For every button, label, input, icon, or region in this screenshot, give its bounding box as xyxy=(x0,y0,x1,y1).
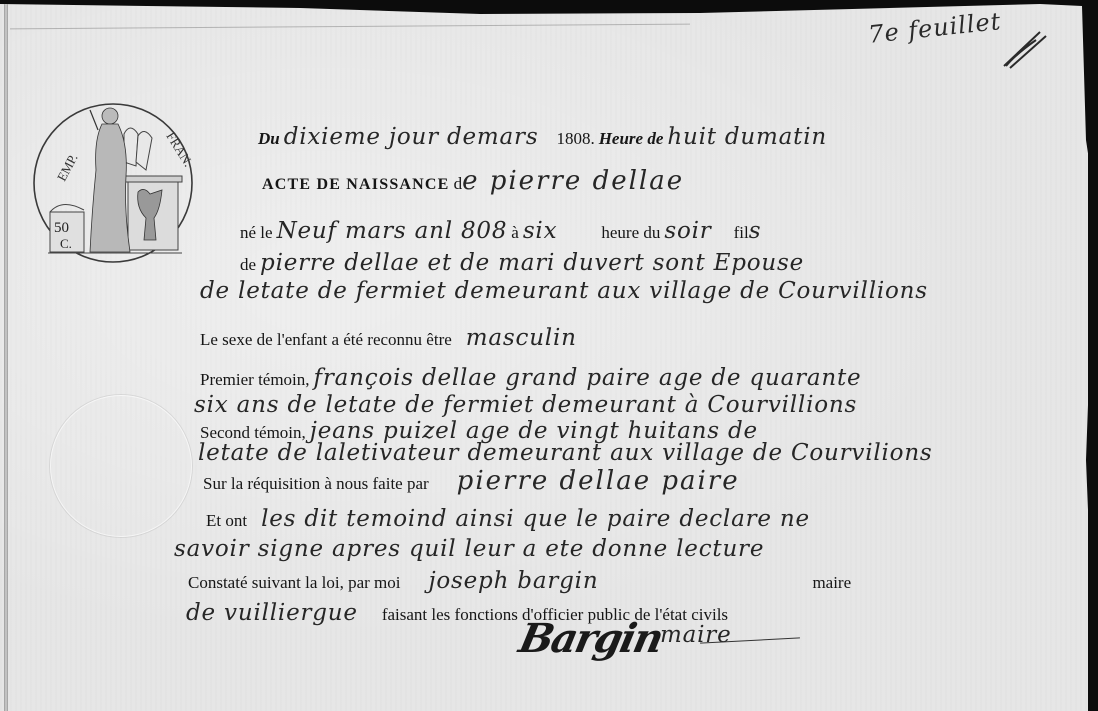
lecture-handwritten: savoir signe apres quil leur a ete donne… xyxy=(174,536,764,562)
parents-handwritten: pierre dellae et de mari duvert sont Epo… xyxy=(260,250,804,276)
hour-handwritten: huit dumatin xyxy=(667,124,827,150)
et-ont-handwritten: les dit temoind ainsi que le paire decla… xyxy=(261,506,810,532)
parents-line-1: de pierre dellae et de mari duvert sont … xyxy=(240,250,804,276)
date-line: Du dixieme jour demars 1808. Heure de hu… xyxy=(258,124,827,150)
date-handwritten: dixieme jour demars xyxy=(284,124,539,150)
sexe-handwritten: masculin xyxy=(466,325,577,351)
paper-crease xyxy=(10,24,690,30)
heure-label: Heure de xyxy=(599,129,664,148)
maire-label: maire xyxy=(812,573,851,592)
flourish-icon xyxy=(996,30,1048,70)
premier-temoin-line-1: Premier témoin, françois dellae grand pa… xyxy=(200,365,861,391)
de-label: de xyxy=(240,255,256,274)
folio-note: 7e feuillet xyxy=(867,7,1003,49)
premier-temoin-label: Premier témoin, xyxy=(200,370,310,389)
a-label: à xyxy=(511,223,519,242)
premier-temoin-line-2: six ans de letate de fermiet demeurant à… xyxy=(194,392,857,418)
acte-label: ACTE DE NAISSANCE xyxy=(262,176,450,193)
mayor-signature: Bargin xyxy=(515,615,666,662)
child-name-handwritten: e pierre dellae xyxy=(462,166,684,196)
officer-name-handwritten: joseph bargin xyxy=(428,568,598,594)
parents-line-2: de letate de fermiet demeurant aux villa… xyxy=(200,278,928,304)
birth-line: né le Neuf mars anl 808 à six heure du s… xyxy=(240,218,761,244)
et-ont-label: Et ont xyxy=(206,511,247,530)
sexe-label: Le sexe de l'enfant a été reconnu être xyxy=(200,330,452,349)
parents-occupation-handwritten: de letate de fermiet demeurant aux villa… xyxy=(200,278,928,304)
du-label: Du xyxy=(258,129,280,148)
document-page: 7e feuillet EMP. FRAN. 50 C. xyxy=(0,0,1088,711)
constate-line: Constaté suivant la loi, par moi joseph … xyxy=(188,568,851,594)
embossed-stamp xyxy=(50,395,192,537)
commune-handwritten: de vuilliergue xyxy=(186,600,358,626)
et-ont-line-2: savoir signe apres quil leur a ete donne… xyxy=(174,536,764,562)
seal-right-text: FRAN. xyxy=(163,129,194,169)
seal-value: 50 xyxy=(54,220,69,236)
second-temoin-line-2: letate de laletivateur demeurant aux vil… xyxy=(198,440,933,466)
fils-suffix-handwritten: s xyxy=(749,218,762,244)
premier-temoin-details-handwritten: six ans de letate de fermiet demeurant à… xyxy=(194,392,857,418)
requisition-line: Sur la réquisition à nous faite par pier… xyxy=(203,466,740,496)
birth-date-handwritten: Neuf mars anl 808 xyxy=(277,218,508,244)
time-of-day-handwritten: soir xyxy=(664,218,711,244)
seal-unit: C. xyxy=(60,236,72,251)
signature-title-handwritten: maire xyxy=(660,622,731,648)
year-label: 1808. xyxy=(556,129,594,148)
ne-le-label: né le xyxy=(240,223,273,242)
stamp-seal: EMP. FRAN. 50 C. xyxy=(32,100,194,266)
heure-du-label: heure du xyxy=(601,223,660,242)
acte-d: d xyxy=(454,174,463,193)
binding-edge xyxy=(4,0,8,711)
requisition-handwritten: pierre dellae paire xyxy=(457,466,740,496)
seal-left-text: EMP. xyxy=(54,151,81,183)
premier-temoin-handwritten: françois dellae grand paire age de quara… xyxy=(314,365,862,391)
fils-label: fil xyxy=(734,223,749,242)
acte-line: ACTE DE NAISSANCE de pierre dellae xyxy=(262,166,684,196)
constate-label: Constaté suivant la loi, par moi xyxy=(188,573,400,592)
requisition-label: Sur la réquisition à nous faite par xyxy=(203,474,429,493)
sexe-line: Le sexe de l'enfant a été reconnu être m… xyxy=(200,325,577,351)
birth-hour-handwritten: six xyxy=(523,218,558,244)
second-temoin-details-handwritten: letate de laletivateur demeurant aux vil… xyxy=(198,440,933,466)
et-ont-line-1: Et ont les dit temoind ainsi que le pair… xyxy=(206,506,810,532)
